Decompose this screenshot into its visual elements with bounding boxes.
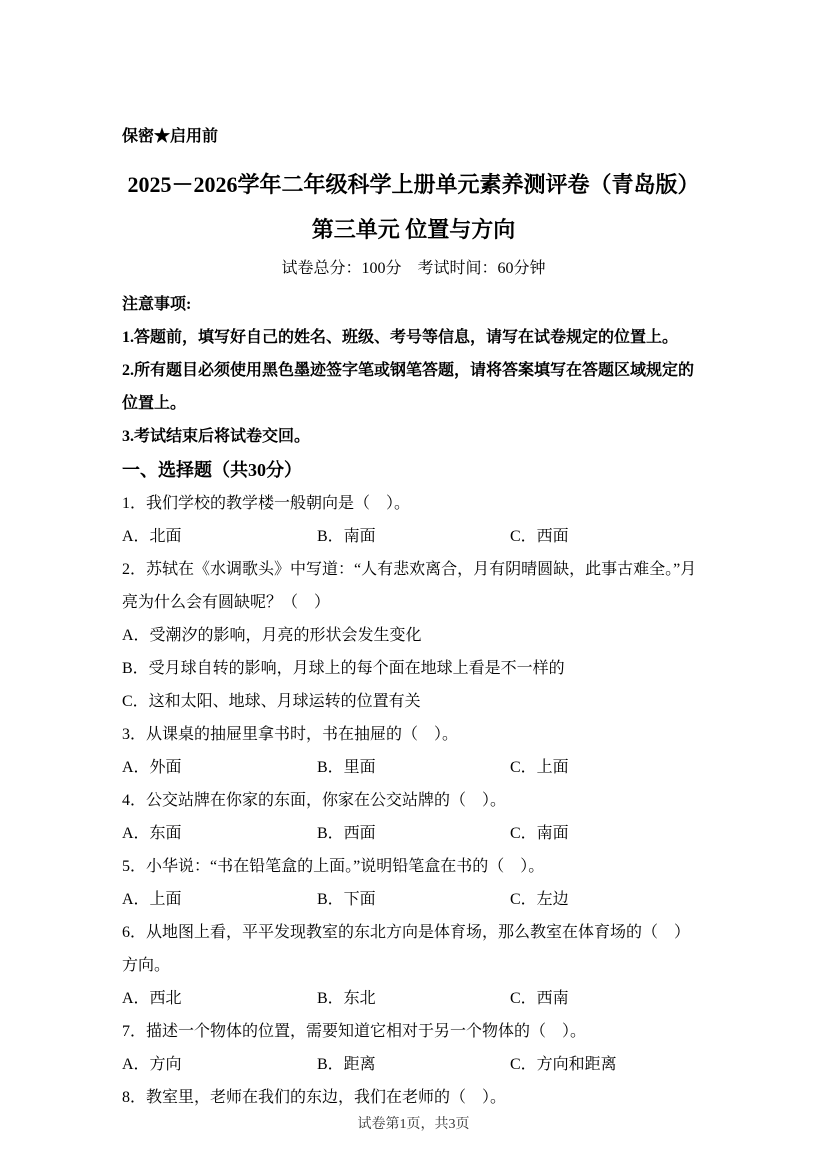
question-6-options: A．西北B．东北C．西南 bbox=[122, 982, 705, 1015]
note-item-3: 3.考试结束后将试卷交回。 bbox=[122, 420, 705, 453]
question-1-options: A．北面B．南面C．西面 bbox=[122, 520, 705, 553]
question-3-text: 3．从课桌的抽屉里拿书时，书在抽屉的（ ）。 bbox=[122, 718, 705, 751]
question-2-option-c: C．这和太阳、地球、月球运转的位置有关 bbox=[122, 685, 705, 718]
question-7-option-c: C．方向和距离 bbox=[510, 1048, 617, 1081]
section-heading-choice: 一、选择题（共30分） bbox=[122, 453, 705, 487]
question-7-options: A．方向B．距离C．方向和距离 bbox=[122, 1048, 705, 1081]
question-4-option-a: A．东面 bbox=[122, 817, 317, 850]
question-6-option-c: C．西南 bbox=[510, 982, 569, 1015]
question-5-option-b: B．下面 bbox=[317, 883, 510, 916]
notes-section: 注意事项: 1.答题前，填写好自己的姓名、班级、考号等信息，请写在试卷规定的位置… bbox=[122, 288, 705, 453]
question-4-options: A．东面B．西面C．南面 bbox=[122, 817, 705, 850]
question-4-option-b: B．西面 bbox=[317, 817, 510, 850]
question-3-option-c: C．上面 bbox=[510, 751, 569, 784]
notes-heading: 注意事项: bbox=[122, 288, 705, 321]
question-3-options: A．外面B．里面C．上面 bbox=[122, 751, 705, 784]
question-8-text: 8．教室里，老师在我们的东边，我们在老师的（ ）。 bbox=[122, 1081, 705, 1114]
note-item-2: 2.所有题目必须使用黑色墨迹签字笔或钢笔答题，请将答案填写在答题区域规定的位置上… bbox=[122, 354, 705, 420]
question-6-option-a: A．西北 bbox=[122, 982, 317, 1015]
exam-title: 2025－2026学年二年级科学上册单元素养测评卷（青岛版） bbox=[122, 170, 705, 200]
question-2-option-b: B．受月球自转的影响，月球上的每个面在地球上看是不一样的 bbox=[122, 652, 705, 685]
question-5-options: A．上面B．下面C．左边 bbox=[122, 883, 705, 916]
question-1-option-b: B．南面 bbox=[317, 520, 510, 553]
question-3-option-b: B．里面 bbox=[317, 751, 510, 784]
question-5-option-c: C．左边 bbox=[510, 883, 569, 916]
note-item-1: 1.答题前，填写好自己的姓名、班级、考号等信息，请写在试卷规定的位置上。 bbox=[122, 321, 705, 354]
question-1-text: 1．我们学校的教学楼一般朝向是（ ）。 bbox=[122, 487, 705, 520]
exam-paper-page: 保密★启用前 2025－2026学年二年级科学上册单元素养测评卷（青岛版） 第三… bbox=[0, 0, 827, 1169]
question-5-option-a: A．上面 bbox=[122, 883, 317, 916]
question-4-text: 4．公交站牌在你家的东面，你家在公交站牌的（ ）。 bbox=[122, 784, 705, 817]
question-4-option-c: C．南面 bbox=[510, 817, 569, 850]
unit-title: 第三单元 位置与方向 bbox=[122, 215, 705, 245]
secrecy-notice: 保密★启用前 bbox=[122, 126, 705, 148]
question-7-option-a: A．方向 bbox=[122, 1048, 317, 1081]
question-2-option-a: A．受潮汐的影响，月亮的形状会发生变化 bbox=[122, 619, 705, 652]
question-2-text: 2．苏轼在《水调歌头》中写道：“人有悲欢离合，月有阴晴圆缺，此事古难全。”月亮为… bbox=[122, 553, 705, 619]
question-1-option-a: A．北面 bbox=[122, 520, 317, 553]
question-5-text: 5．小华说：“书在铅笔盒的上面。”说明铅笔盒在书的（ ）。 bbox=[122, 850, 705, 883]
question-1-option-c: C．西面 bbox=[510, 520, 569, 553]
exam-info: 试卷总分：100分 考试时间：60分钟 bbox=[122, 258, 705, 280]
question-6-option-b: B．东北 bbox=[317, 982, 510, 1015]
question-6-text: 6．从地图上看，平平发现教室的东北方向是体育场，那么教室在体育场的（ ）方向。 bbox=[122, 916, 705, 982]
question-7-option-b: B．距离 bbox=[317, 1048, 510, 1081]
question-3-option-a: A．外面 bbox=[122, 751, 317, 784]
question-7-text: 7．描述一个物体的位置，需要知道它相对于另一个物体的（ ）。 bbox=[122, 1015, 705, 1048]
page-footer: 试卷第1页，共3页 bbox=[0, 1115, 827, 1135]
